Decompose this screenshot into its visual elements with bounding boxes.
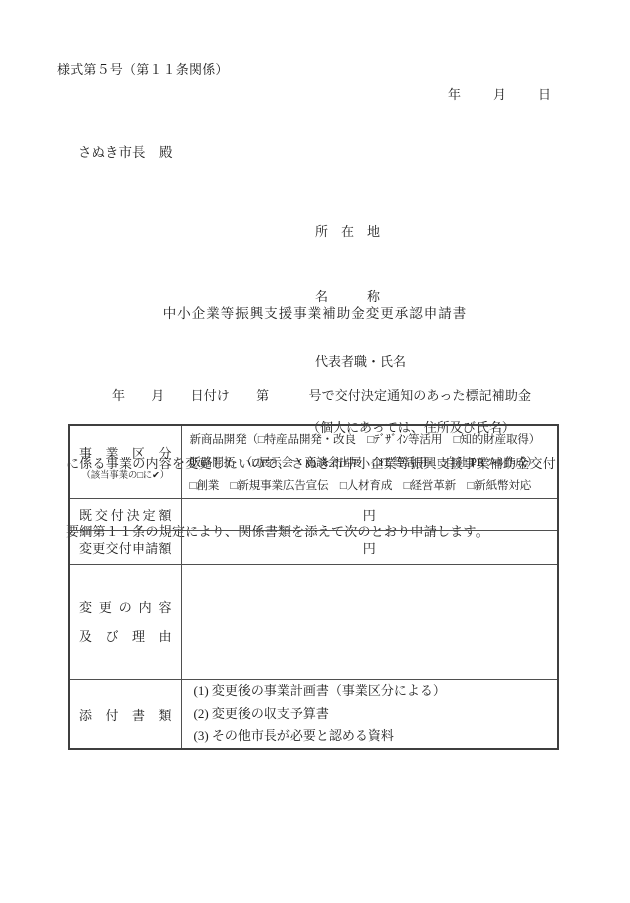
attachments-row: 添付書類 (1) 変更後の事業計画書（事業区分による） (2) 変更後の収支予算… <box>69 680 558 750</box>
attachment-item-3: (3) その他市長が必要と認める資料 <box>194 725 558 748</box>
business-category-row: 事業区分 （該当事業の□に✔） 新商品開発（□特産品開発・改良 □ﾃﾞｻﾞｲﾝ等… <box>69 425 558 499</box>
attachment-item-2: (2) 変更後の収支予算書 <box>194 703 558 726</box>
attachments-header-cell: 添付書類 <box>69 680 181 750</box>
decided-amount-value-cell: 円 <box>181 499 558 531</box>
change-details-header-cell: 変更の内容 及び理由 <box>69 565 181 680</box>
business-category-header: 事業区分 <box>70 443 181 462</box>
business-category-header-cell: 事業区分 （該当事業の□に✔） <box>69 425 181 499</box>
change-details-header-line-2: 及び理由 <box>70 624 181 650</box>
requested-amount-header: 変更交付申請額 <box>70 538 181 557</box>
business-category-line-3: □創業 □新規事業広告宣伝 □人材育成 □経営革新 □新紙幣対応 <box>190 474 558 497</box>
change-details-value-cell <box>181 565 558 680</box>
business-category-note: （該当事業の□に✔） <box>70 467 181 481</box>
change-details-header-line-1: 変更の内容 <box>70 595 181 621</box>
requested-amount-row: 変更交付申請額 円 <box>69 531 558 565</box>
addressee: さぬき市長 殿 <box>78 141 173 161</box>
body-line-1: 年 月 日付け 第 号で交付決定通知のあった標記補助金 <box>66 385 556 408</box>
date-day-label: 日 <box>538 84 551 103</box>
date-line: 年 月 日 <box>448 84 551 103</box>
document-title: 中小企業等振興支援事業補助金変更承認申請書 <box>0 302 630 322</box>
attachments-header: 添付書類 <box>70 705 181 724</box>
requested-amount-unit: 円 <box>363 541 376 556</box>
business-category-line-2: 販路開拓 （□展示会・商談会出展 □IT 等活用 □自社 PR ﾂｰﾙ作成） <box>190 451 558 474</box>
attachment-item-1: (1) 変更後の事業計画書（事業区分による） <box>194 680 558 703</box>
requested-amount-value-cell: 円 <box>181 531 558 565</box>
date-month-label: 月 <box>493 84 506 103</box>
decided-amount-header-cell: 既交付決定額 <box>69 499 181 531</box>
document-page: { "form_code": "様式第５号（第１１条関係）", "date": … <box>0 0 630 903</box>
business-category-line-1: 新商品開発（□特産品開発・改良 □ﾃﾞｻﾞｲﾝ等活用 □知的財産取得） <box>190 428 558 451</box>
decided-amount-unit: 円 <box>363 508 376 523</box>
business-category-options-cell: 新商品開発（□特産品開発・改良 □ﾃﾞｻﾞｲﾝ等活用 □知的財産取得） 販路開拓… <box>181 425 558 499</box>
attachments-list-cell: (1) 変更後の事業計画書（事業区分による） (2) 変更後の収支予算書 (3)… <box>181 680 558 750</box>
decided-amount-header: 既交付決定額 <box>70 505 181 524</box>
form-code: 様式第５号（第１１条関係） <box>57 59 229 78</box>
date-year-label: 年 <box>448 84 461 103</box>
application-table: 事業区分 （該当事業の□に✔） 新商品開発（□特産品開発・改良 □ﾃﾞｻﾞｲﾝ等… <box>68 424 559 750</box>
change-details-row: 変更の内容 及び理由 <box>69 565 558 680</box>
decided-amount-row: 既交付決定額 円 <box>69 499 558 531</box>
applicant-address-label: 所 在 地 <box>307 221 515 243</box>
requested-amount-header-cell: 変更交付申請額 <box>69 531 181 565</box>
